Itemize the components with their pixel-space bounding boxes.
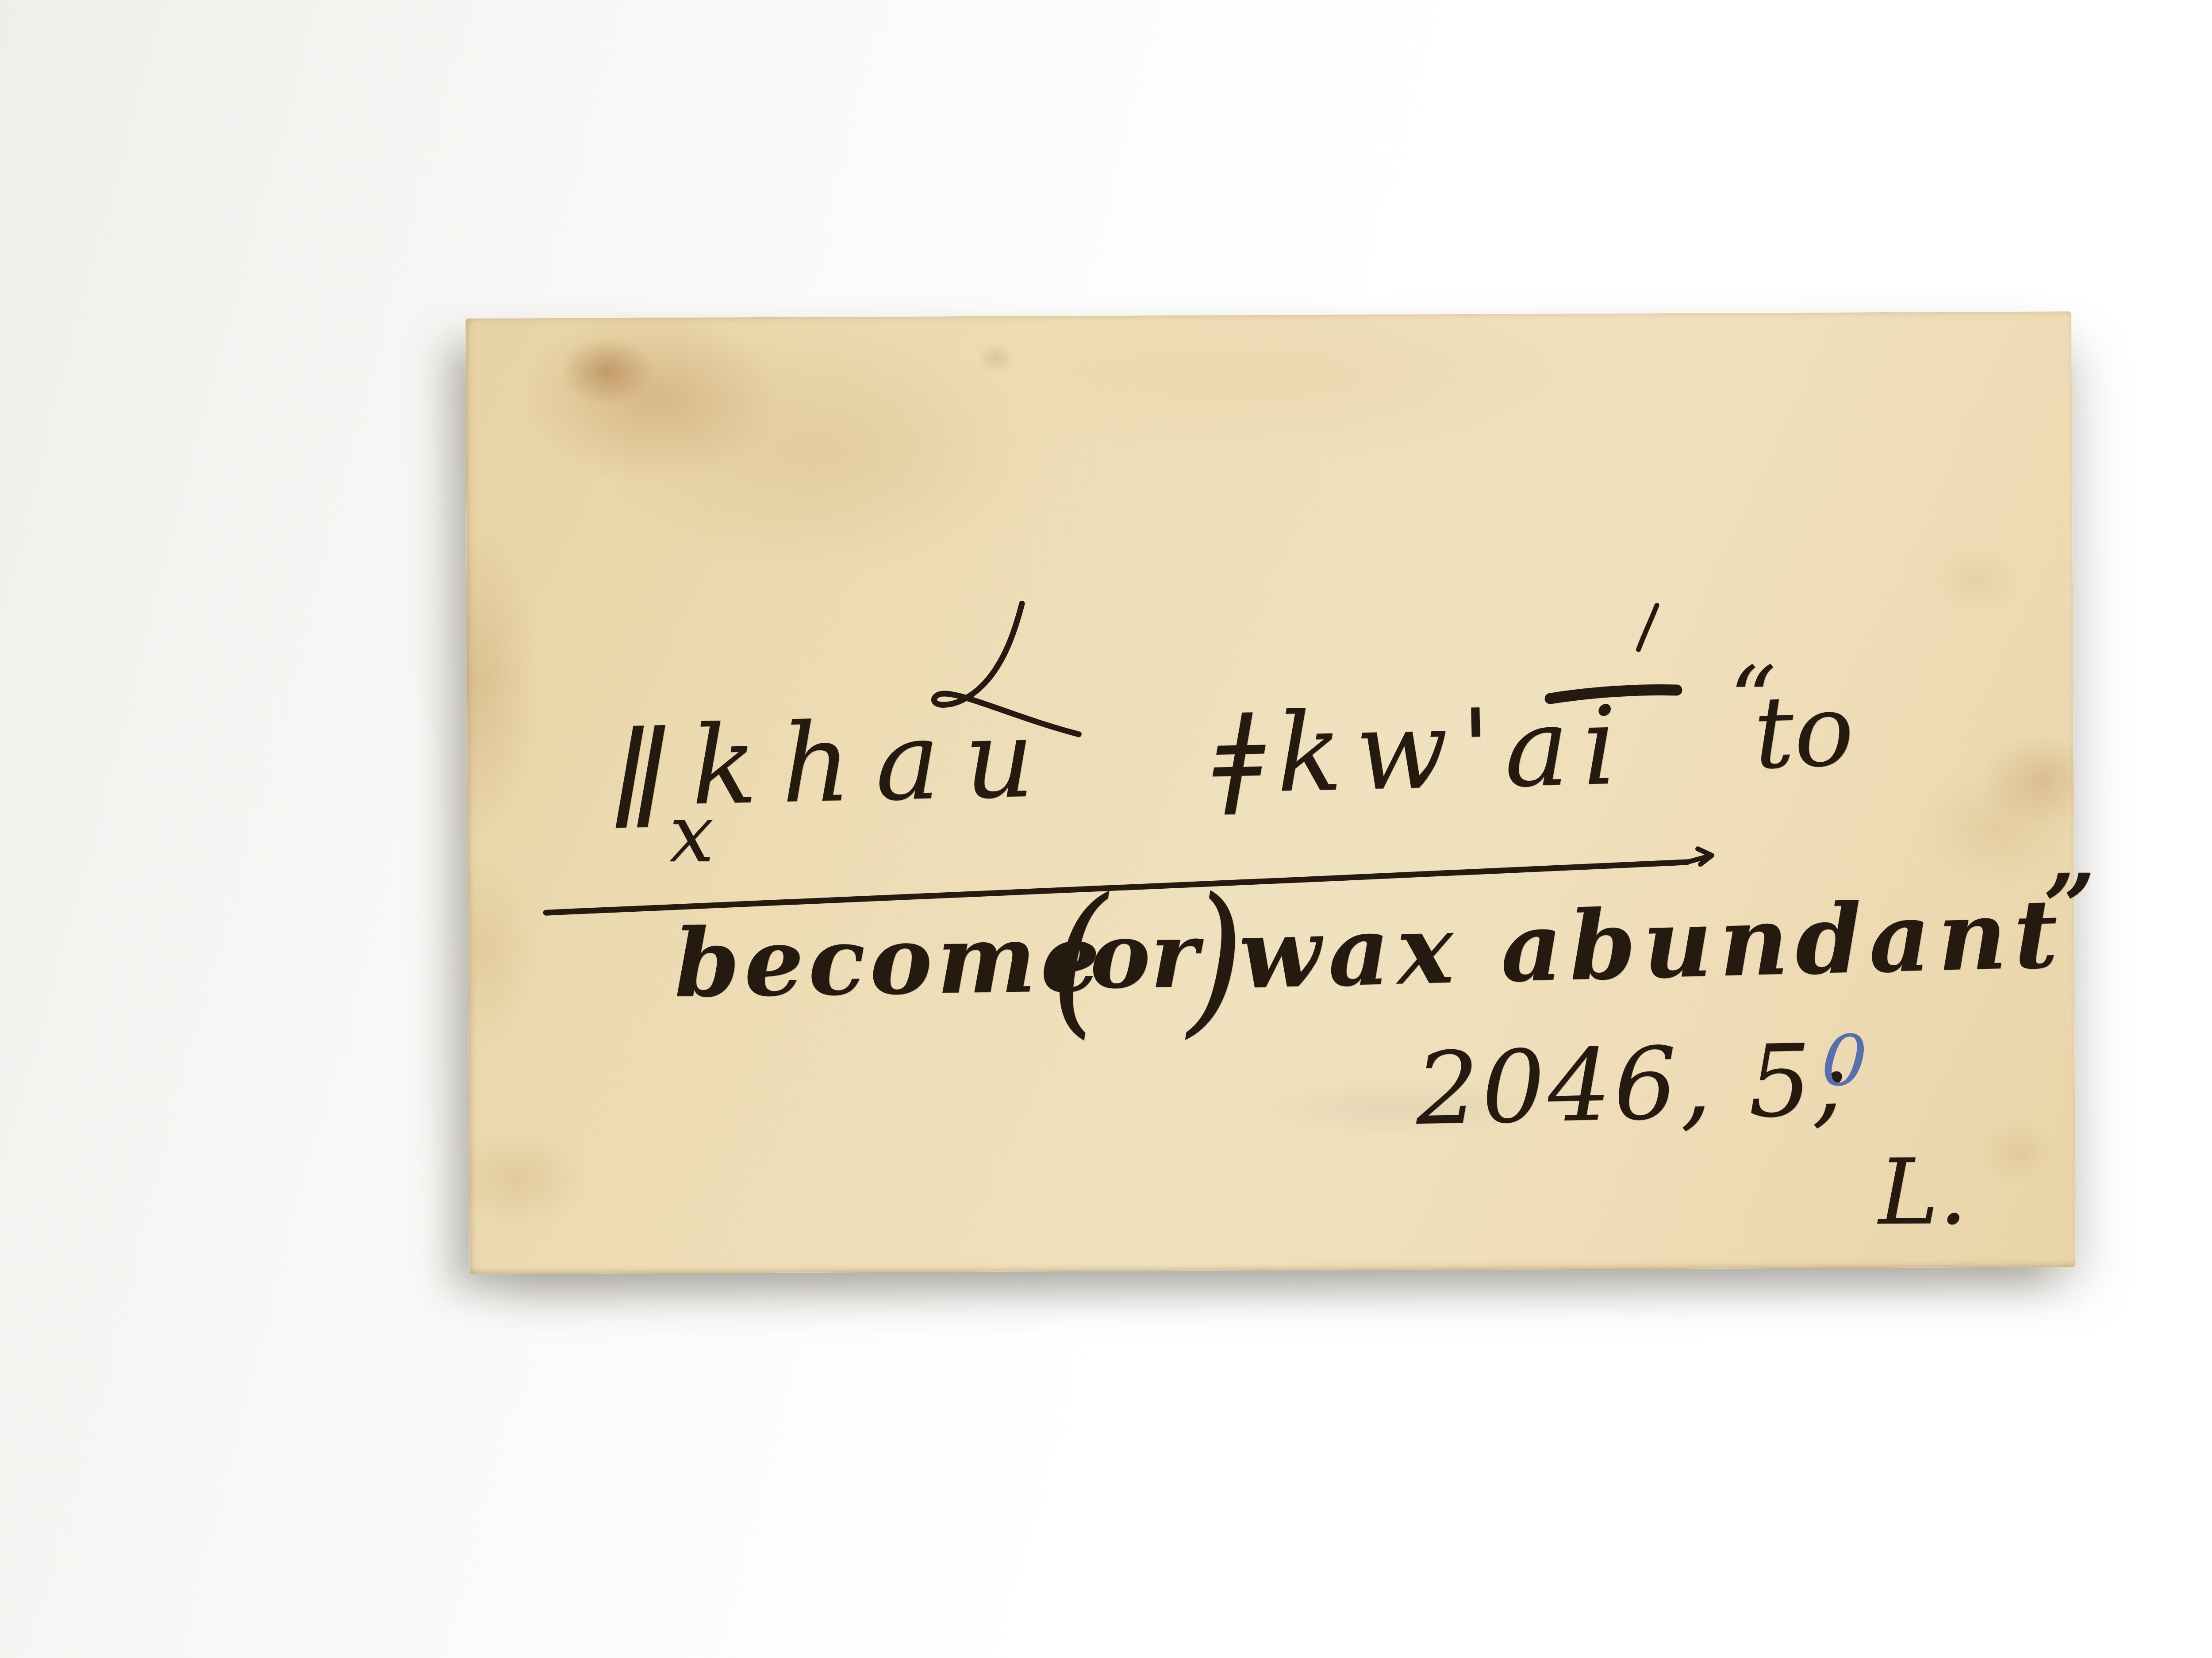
margin-x-note: x bbox=[669, 794, 714, 874]
gloss-wax-abundant: wax abundant bbox=[1238, 886, 2066, 1002]
index-card: ǁkhau ǂkw'ai “ to x become ( or ) wax ab… bbox=[465, 311, 2075, 1274]
gloss-paren-close: ) bbox=[1187, 876, 1244, 1040]
headword-word-2: ǂkw'ai bbox=[1212, 691, 1632, 809]
click-symbol-palatal: ǂ bbox=[1212, 691, 1278, 818]
gloss-become: become bbox=[673, 911, 1105, 1010]
collector-initial: L. bbox=[1878, 1147, 1968, 1238]
reference-number: 2046, 5; bbox=[1415, 1031, 1851, 1140]
headword-word-1-letters: khau bbox=[690, 695, 1060, 829]
accent-stroke-kwai bbox=[1638, 605, 1657, 649]
gloss-or: or bbox=[1090, 910, 1198, 1002]
photo-background: ǁkhau ǂkw'ai “ to x become ( or ) wax ab… bbox=[0, 0, 2212, 1658]
underline-arrowhead bbox=[1687, 849, 1712, 864]
closing-quote: ” bbox=[2043, 862, 2096, 953]
particle-to: to bbox=[1752, 680, 1856, 784]
headword-word-2-letters: kw'ai bbox=[1275, 683, 1632, 816]
blue-numeral: 0 bbox=[1820, 1024, 1869, 1098]
